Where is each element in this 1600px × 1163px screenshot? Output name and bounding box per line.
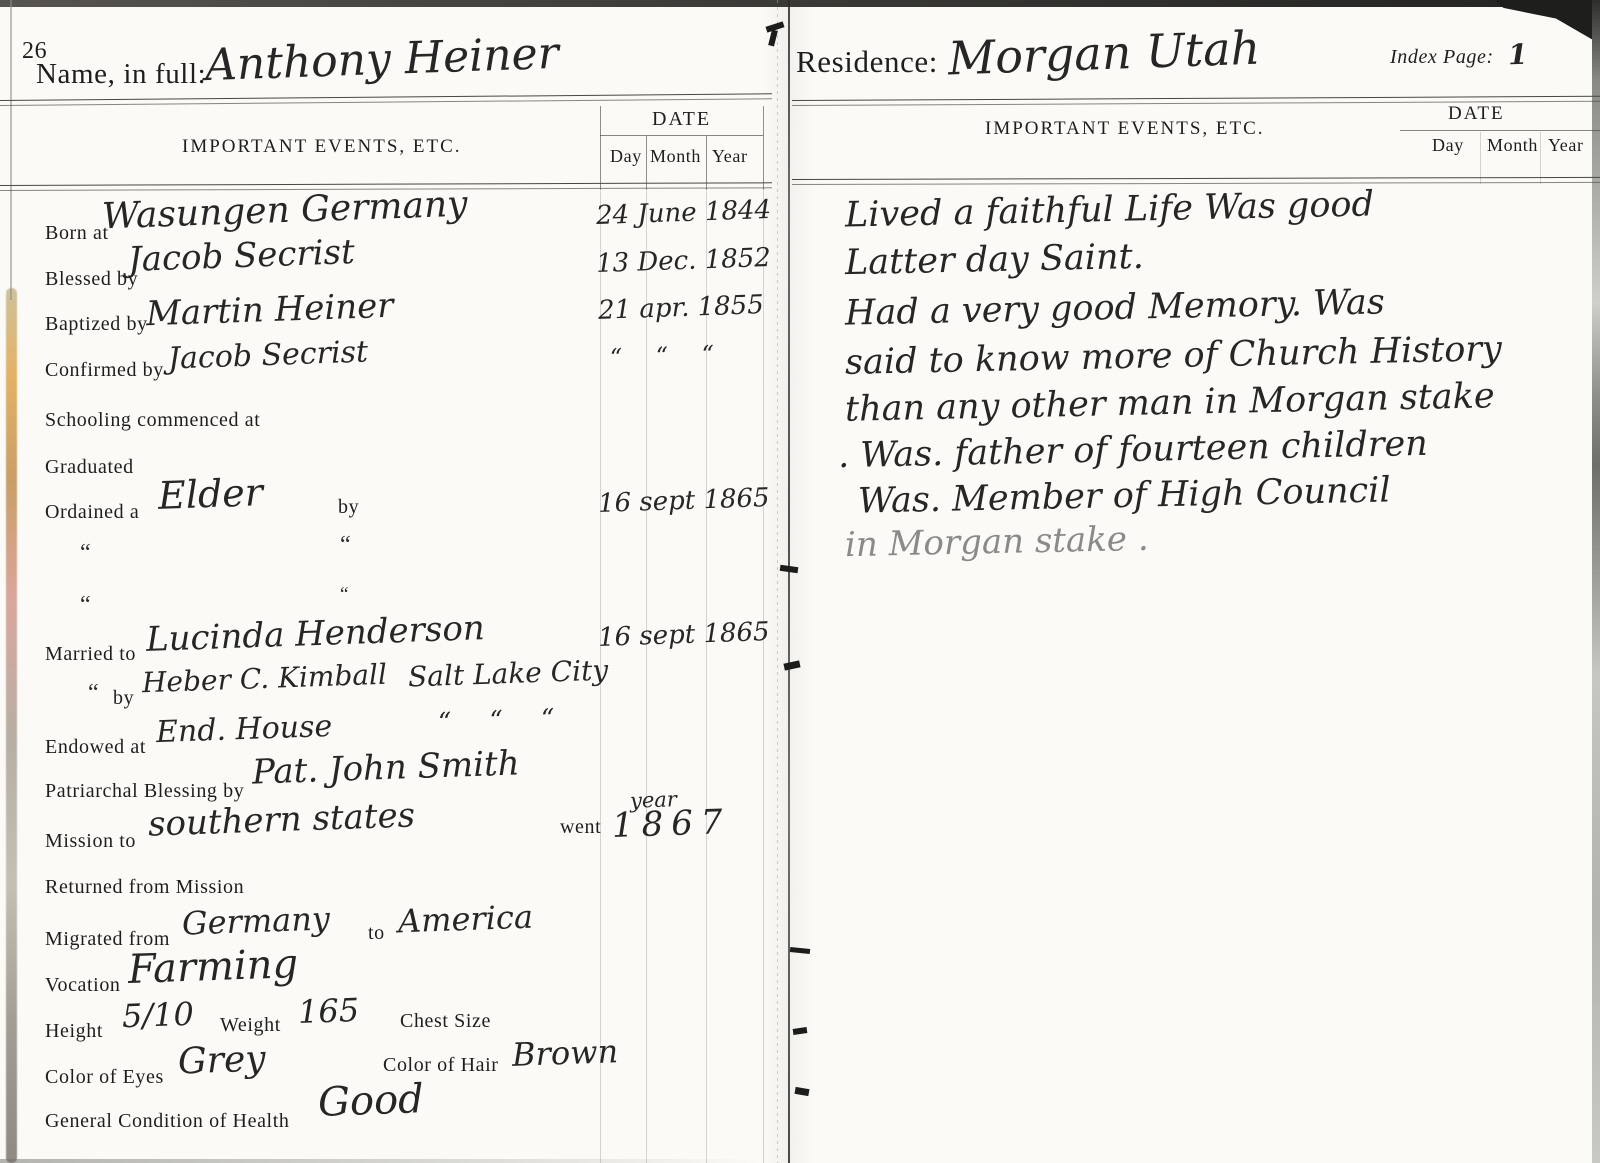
date-column-line — [646, 191, 647, 1163]
ordained-ditto: “ — [80, 592, 91, 619]
patriarchal-blessing-label: Patriarchal Blessing by — [45, 780, 244, 803]
born-at-date: 24 June 1844 — [596, 195, 772, 231]
residence-value: Morgan Utah — [947, 21, 1261, 86]
schooling-label: Schooling commenced at — [45, 409, 260, 432]
weight-value: 165 — [297, 991, 359, 1031]
index-page-value: 1 — [1507, 38, 1528, 72]
chest-size-label: Chest Size — [400, 1010, 491, 1033]
date-box-line — [763, 106, 764, 190]
vocation-value: Farming — [127, 941, 299, 993]
hair-label: Color of Hair — [383, 1054, 499, 1077]
confirmed-by-date-ditto: “ “ “ — [610, 340, 715, 372]
married-by-value: Heber C. Kimball — [141, 658, 387, 700]
residence-label: Residence: — [796, 44, 938, 80]
note-line: said to know more of Church History — [845, 329, 1503, 383]
note-line: . Was. father of fourteen children — [838, 424, 1429, 476]
blessed-by-label: Blessed by — [45, 268, 138, 291]
day-header: Day — [610, 146, 642, 167]
married-to-date: 16 sept 1865 — [598, 617, 771, 653]
married-to-value: Lucinda Henderson — [145, 608, 485, 660]
ordained-value: Elder — [157, 470, 263, 518]
confirmed-by-value: Jacob Secrist — [167, 335, 368, 377]
ordained-by-ditto: “ — [340, 532, 351, 559]
scanned-record-page: 26 Name, in full: Anthony Heiner IMPORTA… — [0, 0, 1600, 1163]
binding-line — [788, 0, 790, 1163]
born-at-value: Wasungen Germany — [101, 184, 468, 238]
ordained-label: Ordained a — [45, 501, 139, 524]
header-rule — [792, 182, 1600, 185]
mission-went-label: went — [560, 816, 601, 839]
name-value: Anthony Heiner — [204, 28, 559, 91]
married-by-label: by — [113, 687, 134, 710]
date-box-line — [600, 106, 601, 190]
graduated-label: Graduated — [45, 456, 134, 479]
ordained-by-label: by — [338, 496, 359, 519]
page-right-edge — [1592, 0, 1600, 1163]
date-box-line — [600, 135, 763, 136]
date-header: DATE — [1448, 103, 1505, 125]
events-column-header: IMPORTANT EVENTS, ETC. — [182, 136, 462, 158]
book-cover-edge — [6, 288, 17, 1163]
weight-label: Weight — [220, 1014, 281, 1037]
index-page-label: Index Page: — [1390, 46, 1494, 69]
married-to-label: Married to — [45, 643, 136, 666]
month-header: Month — [1487, 135, 1538, 156]
migrated-to-label: to — [368, 922, 385, 945]
health-label: General Condition of Health — [45, 1110, 289, 1133]
ordained-date: 16 sept 1865 — [598, 483, 771, 519]
note-line: Latter day Saint. — [845, 237, 1145, 283]
note-line: in Morgan stake . — [845, 519, 1149, 565]
date-header: DATE — [652, 108, 711, 131]
migrated-to-value: America — [397, 898, 533, 941]
ordained-by-ditto: “ — [340, 584, 349, 606]
blessed-by-value: Jacob Secrist — [127, 232, 355, 280]
endowed-at-ditto: “ “ “ — [438, 704, 555, 738]
note-line: Lived a faithful Life Was good — [845, 184, 1375, 235]
note-line: Had a very good Memory. Was — [845, 282, 1386, 333]
note-line: than any other man in Morgan stake — [845, 376, 1495, 430]
day-header: Day — [1432, 135, 1464, 156]
baptized-by-label: Baptized by — [45, 313, 148, 336]
year-header: Year — [712, 146, 748, 167]
mission-to-value: southern states — [147, 795, 415, 844]
name-label: Name, in full: — [36, 58, 206, 91]
mission-to-label: Mission to — [45, 830, 136, 853]
binding-perforation — [777, 0, 778, 1163]
date-column-line — [763, 191, 764, 1163]
mission-year-value: 1867 — [611, 802, 731, 846]
vocation-label: Vocation — [45, 974, 121, 997]
height-value: 5/10 — [121, 995, 194, 1035]
page-left-edge-line — [10, 0, 12, 300]
endowed-at-value: End. House — [155, 709, 332, 750]
eyes-label: Color of Eyes — [45, 1066, 164, 1089]
married-by-place: Salt Lake City — [407, 654, 608, 694]
health-value: Good — [317, 1076, 424, 1126]
endowed-at-label: Endowed at — [45, 736, 146, 759]
height-label: Height — [45, 1020, 103, 1043]
year-header: Year — [1548, 135, 1584, 156]
events-column-header: IMPORTANT EVENTS, ETC. — [985, 118, 1265, 140]
married-by-ditto: “ — [88, 680, 99, 707]
returned-from-mission-label: Returned from Mission — [45, 876, 244, 899]
ordained-ditto: “ — [80, 540, 91, 567]
baptized-by-date: 21 apr. 1855 — [598, 290, 765, 326]
date-column-line — [706, 191, 707, 1163]
note-line: Was. Member of High Council — [858, 470, 1391, 521]
baptized-by-value: Martin Heiner — [145, 286, 394, 335]
migrated-from-value: Germany — [181, 899, 330, 942]
date-box-line — [1400, 130, 1600, 131]
born-at-label: Born at — [45, 222, 109, 245]
hair-value: Brown — [511, 1032, 618, 1074]
blessed-by-date: 13 Dec. 1852 — [596, 243, 772, 279]
month-header: Month — [650, 146, 701, 167]
patriarchal-blessing-value: Pat. John Smith — [251, 743, 520, 792]
eyes-value: Grey — [177, 1038, 266, 1082]
date-column-line — [1480, 132, 1481, 184]
header-rule — [792, 177, 1600, 181]
confirmed-by-label: Confirmed by — [45, 359, 164, 382]
